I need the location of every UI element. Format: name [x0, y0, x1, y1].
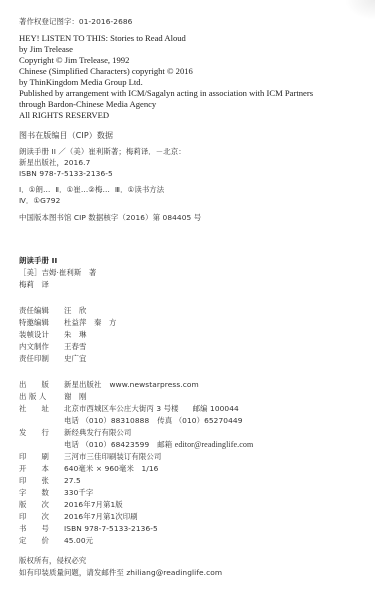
publisher-website: www.newstarpress.com — [109, 380, 198, 389]
sheets-value: 27.5 — [64, 476, 81, 485]
printer-name: 三河市三佳印刷装订有限公司 — [64, 452, 161, 461]
field-label: 定 价 — [19, 535, 56, 546]
publisher-person-row: 出 版 人谢 刚 — [19, 391, 86, 402]
staff-name: 杜益萍 秦 方 — [64, 318, 116, 327]
field-label: 书 号 — [19, 523, 56, 534]
field-label: 版 次 — [19, 499, 56, 510]
chinese-copyright: Chinese (Simplified Characters) copyrigh… — [19, 66, 193, 77]
staff-row: 责任印制史广宜 — [19, 353, 86, 364]
sheets-row: 印 张27.5 — [19, 475, 81, 486]
agency-note: through Bardon-Chinese Media Agency — [19, 99, 156, 110]
quality-notice: 如有印装质量问题，请发邮件至 zhiliang@readinglife.com — [19, 567, 222, 578]
staff-name: 史广宜 — [64, 354, 86, 363]
staff-role: 内文制作 — [19, 341, 56, 352]
word-count-value: 330千字 — [64, 488, 93, 497]
fax-label: 传真 — [157, 416, 172, 425]
original-title: HEY! LISTEN TO THIS: Stories to Read Alo… — [19, 33, 186, 44]
distributor-name: 新经典发行有限公司 — [64, 428, 131, 437]
staff-row: 装帧设计朱 琳 — [19, 329, 86, 340]
field-label: 印 张 — [19, 475, 56, 486]
staff-row: 内文制作王春雪 — [19, 341, 86, 352]
fax-value: （010）65270449 — [175, 416, 243, 425]
cip-line-title: 朗读手册 II ／（美）崔利斯著；梅莉译．－北京： — [19, 146, 186, 157]
rights-reserved: All RIGHTS RESERVED — [19, 110, 109, 121]
staff-role: 特邀编辑 — [19, 317, 56, 328]
postcode-label: 邮编 — [193, 404, 208, 413]
cip-heading: 图书在版编目（CIP）数据 — [19, 130, 113, 141]
field-label: 印 次 — [19, 511, 56, 522]
copyright-registration: 著作权登记图字：01-2016-2686 — [19, 16, 132, 27]
isbn-row: 书 号ISBN 978-7-5133-2136-5 — [19, 523, 158, 534]
format-value: 640毫米 × 960毫米 1/16 — [64, 464, 158, 473]
publisher-name: 新星出版社 — [64, 380, 101, 389]
phone-label: 电话 — [64, 416, 79, 425]
price-value: 45.00元 — [64, 536, 93, 545]
book-translator: 梅莉 译 — [19, 279, 49, 290]
original-copyright: Copyright © Jim Trelease, 1992 — [19, 55, 129, 66]
cip-classification-2: Ⅳ．①G792 — [19, 195, 60, 206]
editor-email: editor@readinglife.com — [175, 440, 254, 449]
field-label: 印 刷 — [19, 451, 56, 462]
book-author: ［美］吉姆·崔利斯 著 — [19, 267, 96, 278]
staff-role: 装帧设计 — [19, 329, 56, 340]
cip-line-publisher: 新星出版社，2016.7 — [19, 157, 90, 168]
field-label: 开 本 — [19, 463, 56, 474]
phone-row: 电话 （010）88310888传真 （010）65270449 — [19, 415, 243, 426]
email-label: 邮箱 — [157, 440, 172, 449]
distributor-row: 发 行新经典发行有限公司 — [19, 427, 131, 438]
phone-value: （010）88310888 — [81, 416, 149, 425]
publisher-person: 谢 刚 — [64, 392, 86, 401]
printer-row: 印 刷三河市三佳印刷装订有限公司 — [19, 451, 161, 462]
field-label: 出 版 人 — [19, 391, 56, 402]
rights-notice: 版权所有，侵权必究 — [19, 555, 86, 566]
isbn-value: ISBN 978-7-5133-2136-5 — [64, 524, 158, 533]
cip-verification: 中国版本图书馆 CIP 数据核字（2016）第 084405 号 — [19, 212, 201, 223]
staff-name: 汪 欣 — [64, 306, 86, 315]
word-count-row: 字 数330千字 — [19, 487, 93, 498]
staff-name: 王春雪 — [64, 342, 86, 351]
field-label: 社 址 — [19, 403, 56, 414]
staff-name: 朱 琳 — [64, 330, 86, 339]
postcode-value: 100044 — [210, 404, 239, 413]
distributor-phone-row: 电话 （010）68423599邮箱 editor@readinglife.co… — [19, 439, 253, 450]
printing-value: 2016年7月第1次印刷 — [64, 512, 138, 521]
printing-row: 印 次2016年7月第1次印刷 — [19, 511, 138, 522]
format-row: 开 本640毫米 × 960毫米 1/16 — [19, 463, 158, 474]
book-title: 朗读手册 II — [19, 255, 57, 266]
phone-label: 电话 — [64, 440, 79, 449]
chinese-copyright-holder: by ThinKingdom Media Group Ltd. — [19, 77, 143, 88]
publisher-row: 出 版新星出版社www.newstarpress.com — [19, 379, 199, 390]
cip-line-isbn: ISBN 978-7-5133-2136-5 — [19, 168, 113, 179]
edition-value: 2016年7月第1版 — [64, 500, 123, 509]
field-label: 发 行 — [19, 427, 56, 438]
cip-classification-1: Ⅰ．①朗… Ⅱ．①崔…②梅… Ⅲ．①读书方法 — [19, 184, 164, 195]
staff-row: 特邀编辑杜益萍 秦 方 — [19, 317, 116, 328]
address-value: 北京市西城区车公庄大街丙 3 号楼 — [64, 404, 179, 413]
field-label: 字 数 — [19, 487, 56, 498]
original-author: by Jim Trelease — [19, 44, 73, 55]
page-edge-shading — [345, 0, 375, 20]
address-row: 社 址北京市西城区车公庄大街丙 3 号楼邮编 100044 — [19, 403, 239, 414]
phone-value: （010）68423599 — [81, 440, 149, 449]
staff-role: 责任编辑 — [19, 305, 56, 316]
arrangement-note: Published by arrangement with ICM/Sagaly… — [19, 88, 313, 99]
staff-row: 责任编辑汪 欣 — [19, 305, 86, 316]
price-row: 定 价45.00元 — [19, 535, 93, 546]
edition-row: 版 次2016年7月第1版 — [19, 499, 123, 510]
field-label: 出 版 — [19, 379, 56, 390]
staff-role: 责任印制 — [19, 353, 56, 364]
